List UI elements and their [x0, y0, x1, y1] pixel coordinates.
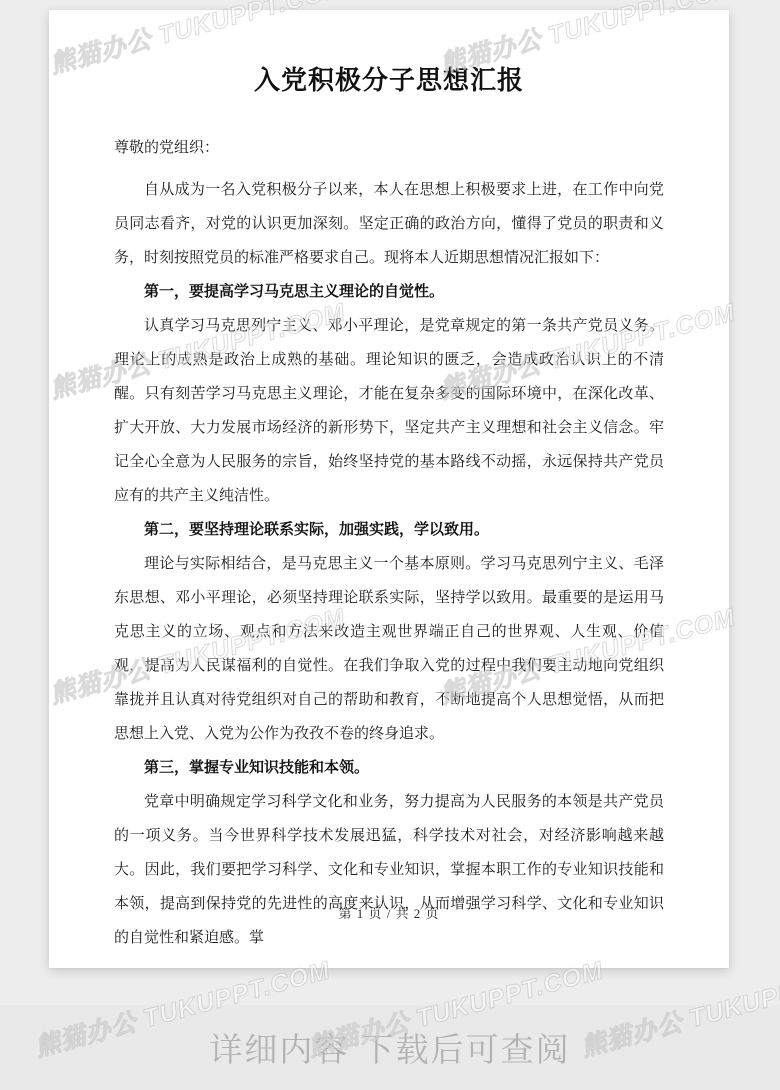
section-1-heading: 第一，要提高学习马克思主义理论的自觉性。: [114, 275, 664, 309]
bottom-caption-text: 详细内容 下载后可查阅: [209, 1024, 570, 1071]
section-1-text: 认真学习马克思列宁主义、邓小平理论，是党章规定的第一条共产党员义务。理论上的成熟…: [114, 309, 664, 513]
bottom-caption-bar: 详细内容 下载后可查阅: [0, 1005, 780, 1090]
intro-paragraph: 自从成为一名入党积极分子以来，本人在思想上积极要求上进，在工作中向党员同志看齐，…: [114, 173, 664, 275]
page-number: 第 1 页 / 共 2 页: [49, 906, 729, 922]
salutation: 尊敬的党组织：: [114, 131, 664, 165]
document-page: 入党积极分子思想汇报 尊敬的党组织： 自从成为一名入党积极分子以来，本人在思想上…: [49, 10, 729, 968]
document-title: 入党积极分子思想汇报: [114, 62, 664, 98]
section-3-heading: 第三，掌握专业知识技能和本领。: [114, 751, 664, 785]
document-preview: 入党积极分子思想汇报 尊敬的党组织： 自从成为一名入党积极分子以来，本人在思想上…: [0, 0, 780, 1090]
section-2-heading: 第二，要坚持理论联系实际，加强实践，学以致用。: [114, 513, 664, 547]
section-3-text: 党章中明确规定学习科学文化和业务，努力提高为人民服务的本领是共产党员的一项义务。…: [114, 785, 664, 955]
section-2-text: 理论与实际相结合，是马克思主义一个基本原则。学习马克思列宁主义、毛泽东思想、邓小…: [114, 547, 664, 751]
